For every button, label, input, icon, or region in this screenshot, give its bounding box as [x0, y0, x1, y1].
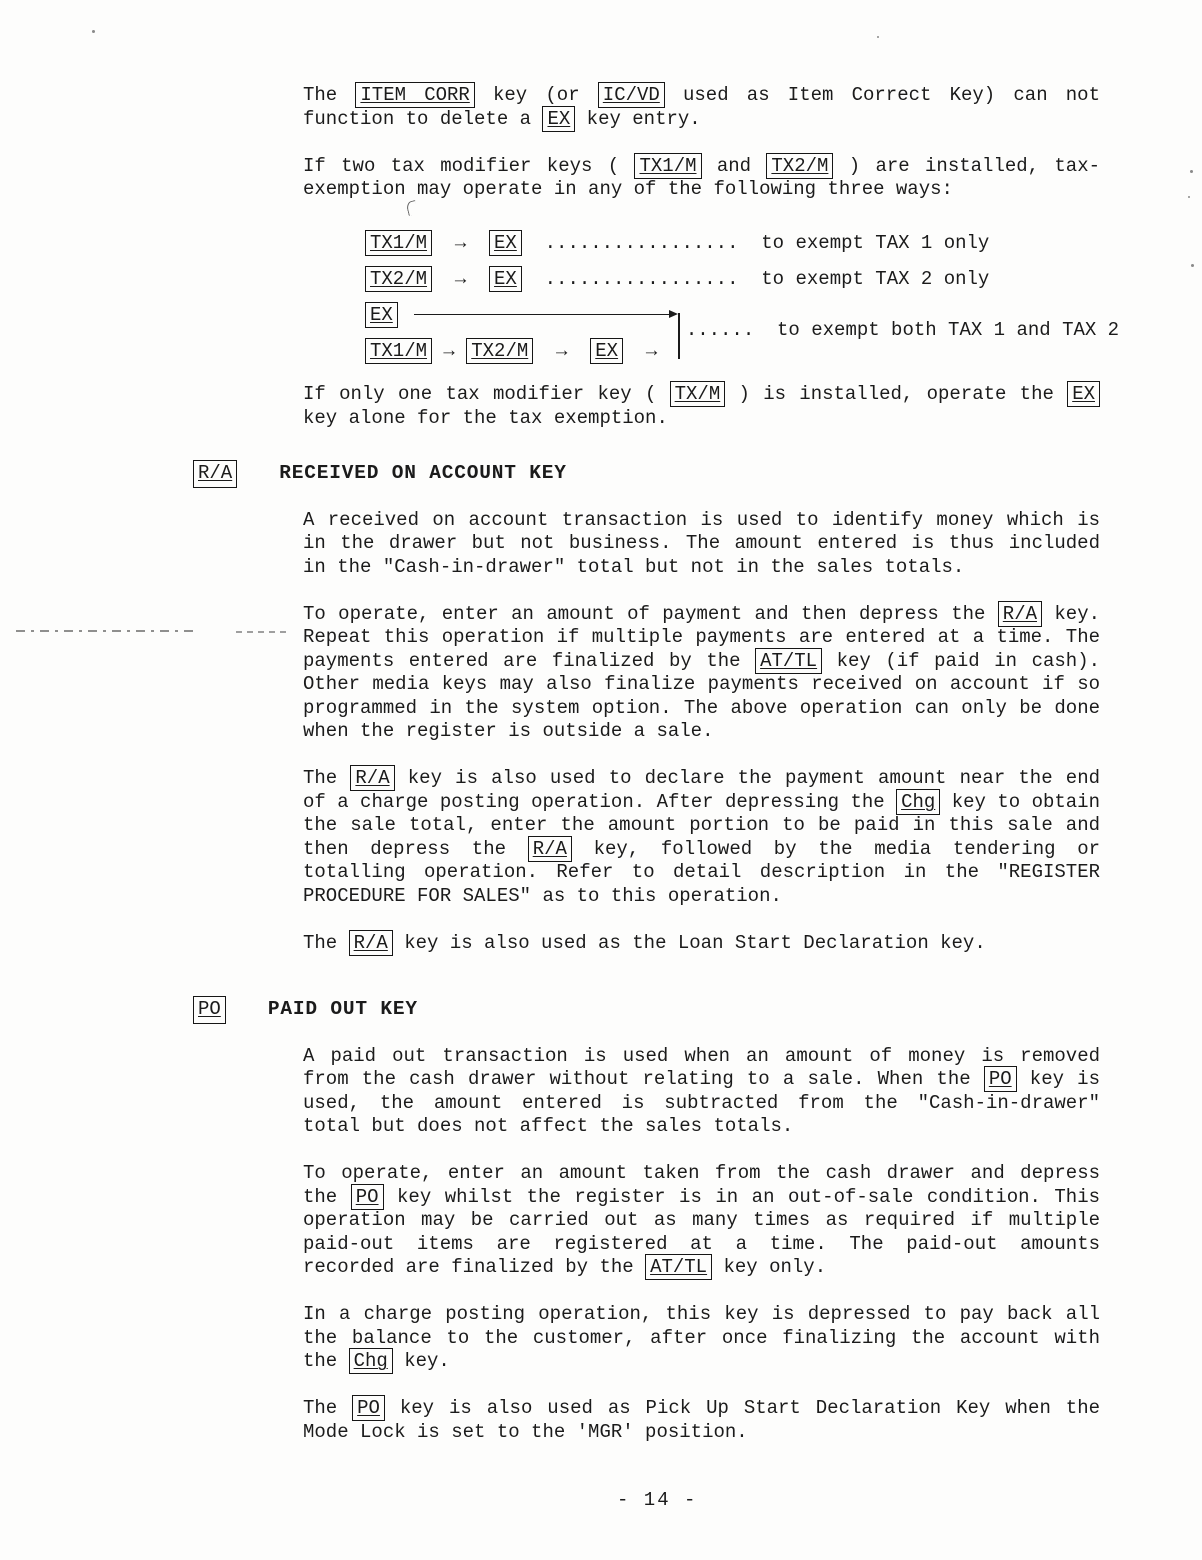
- section-head-paid-out: PO PAID OUT KEY: [193, 996, 1202, 1024]
- diagram-combined-label: ...... to exempt both TAX 1 and TAX 2: [680, 319, 1119, 343]
- key-ic-vd: IC/VD: [598, 82, 665, 108]
- paragraph-one-tax-modifier: If only one tax modifier key ( TX/M ) is…: [303, 383, 1100, 430]
- paragraph-ra-loan-start: The R/A key is also used as the Loan Sta…: [303, 932, 1100, 956]
- tax-exempt-sequence-diagram: TX1/M → EX ................. to exempt T…: [365, 225, 1202, 369]
- key-po: PO: [351, 1184, 384, 1210]
- scan-artifact-speck: [1188, 196, 1190, 198]
- page-number: - 14 -: [617, 1489, 697, 1513]
- diagram-row-ex-alone: EX: [365, 297, 676, 333]
- paragraph-po-pickup-start: The PO key is also used as Pick Up Start…: [303, 1397, 1100, 1444]
- key-r-a: R/A: [998, 601, 1042, 627]
- diagram-row-tx1-tx2-ex: TX1/M → TX2/M → EX →: [365, 333, 676, 369]
- key-tx1-m: TX1/M: [365, 230, 432, 256]
- key-item-corr: ITEM CORR: [355, 82, 474, 108]
- scan-artifact-dashed-line: [236, 631, 288, 633]
- paragraph-ra-operation: To operate, enter an amount of payment a…: [303, 603, 1100, 744]
- key-r-a: R/A: [349, 930, 393, 956]
- key-tx1-m: TX1/M: [365, 338, 432, 364]
- paragraph-ra-charge-posting: The R/A key is also used to declare the …: [303, 767, 1100, 908]
- key-r-a: R/A: [528, 836, 572, 862]
- key-tx2-m: TX2/M: [766, 153, 833, 179]
- key-at-tl: AT/TL: [755, 648, 822, 674]
- scan-artifact-pen-mark: [405, 200, 418, 216]
- paragraph-ra-definition: A received on account transaction is use…: [303, 509, 1100, 580]
- arrow-line: [414, 314, 676, 315]
- diagram-row-both-taxes: EX TX1/M → TX2/M → EX → ...... to exempt…: [365, 297, 1202, 369]
- key-ex: EX: [489, 266, 522, 292]
- key-po: PO: [193, 996, 226, 1024]
- key-chg: Chg: [349, 1348, 393, 1374]
- key-r-a: R/A: [193, 460, 237, 488]
- key-tx1-m: TX1/M: [634, 153, 701, 179]
- paragraph-item-corr: The ITEM CORR key (or IC/VD used as Item…: [303, 84, 1100, 131]
- scan-artifact-speck: [1190, 170, 1193, 173]
- key-at-tl: AT/TL: [645, 1254, 712, 1280]
- diagram-combined-sequences: EX TX1/M → TX2/M → EX →: [365, 297, 676, 369]
- key-ex: EX: [1067, 381, 1100, 407]
- key-tx2-m: TX2/M: [365, 266, 432, 292]
- key-chg: Chg: [896, 789, 940, 815]
- paragraph-po-operation: To operate, enter an amount taken from t…: [303, 1162, 1100, 1280]
- key-tx2-m: TX2/M: [466, 338, 533, 364]
- paragraph-po-charge-posting: In a charge posting operation, this key …: [303, 1303, 1100, 1374]
- paragraph-two-tax-modifiers: If two tax modifier keys ( TX1/M and TX2…: [303, 155, 1100, 202]
- scan-artifact-speck: [92, 30, 95, 33]
- key-ex: EX: [590, 338, 623, 364]
- key-ex: EX: [365, 302, 398, 328]
- key-po: PO: [984, 1066, 1017, 1092]
- manual-page: The ITEM CORR key (or IC/VD used as Item…: [0, 0, 1202, 1560]
- scan-artifact-speck: [877, 36, 879, 38]
- key-r-a: R/A: [350, 765, 394, 791]
- section-title-paid-out: PAID OUT KEY: [268, 998, 418, 1022]
- paragraph-po-definition: A paid out transaction is used when an a…: [303, 1045, 1100, 1139]
- section-title-received-on-account: RECEIVED ON ACCOUNT KEY: [279, 462, 567, 486]
- key-tx-m: TX/M: [670, 381, 726, 407]
- scan-artifact-dashed-line: [16, 630, 196, 632]
- key-po: PO: [352, 1395, 385, 1421]
- diagram-row-tax2: TX2/M → EX ................. to exempt T…: [365, 261, 1202, 297]
- key-ex: EX: [489, 230, 522, 256]
- section-head-received-on-account: R/A RECEIVED ON ACCOUNT KEY: [193, 460, 1202, 488]
- diagram-row-tax1: TX1/M → EX ................. to exempt T…: [365, 225, 1202, 261]
- key-ex: EX: [542, 106, 575, 132]
